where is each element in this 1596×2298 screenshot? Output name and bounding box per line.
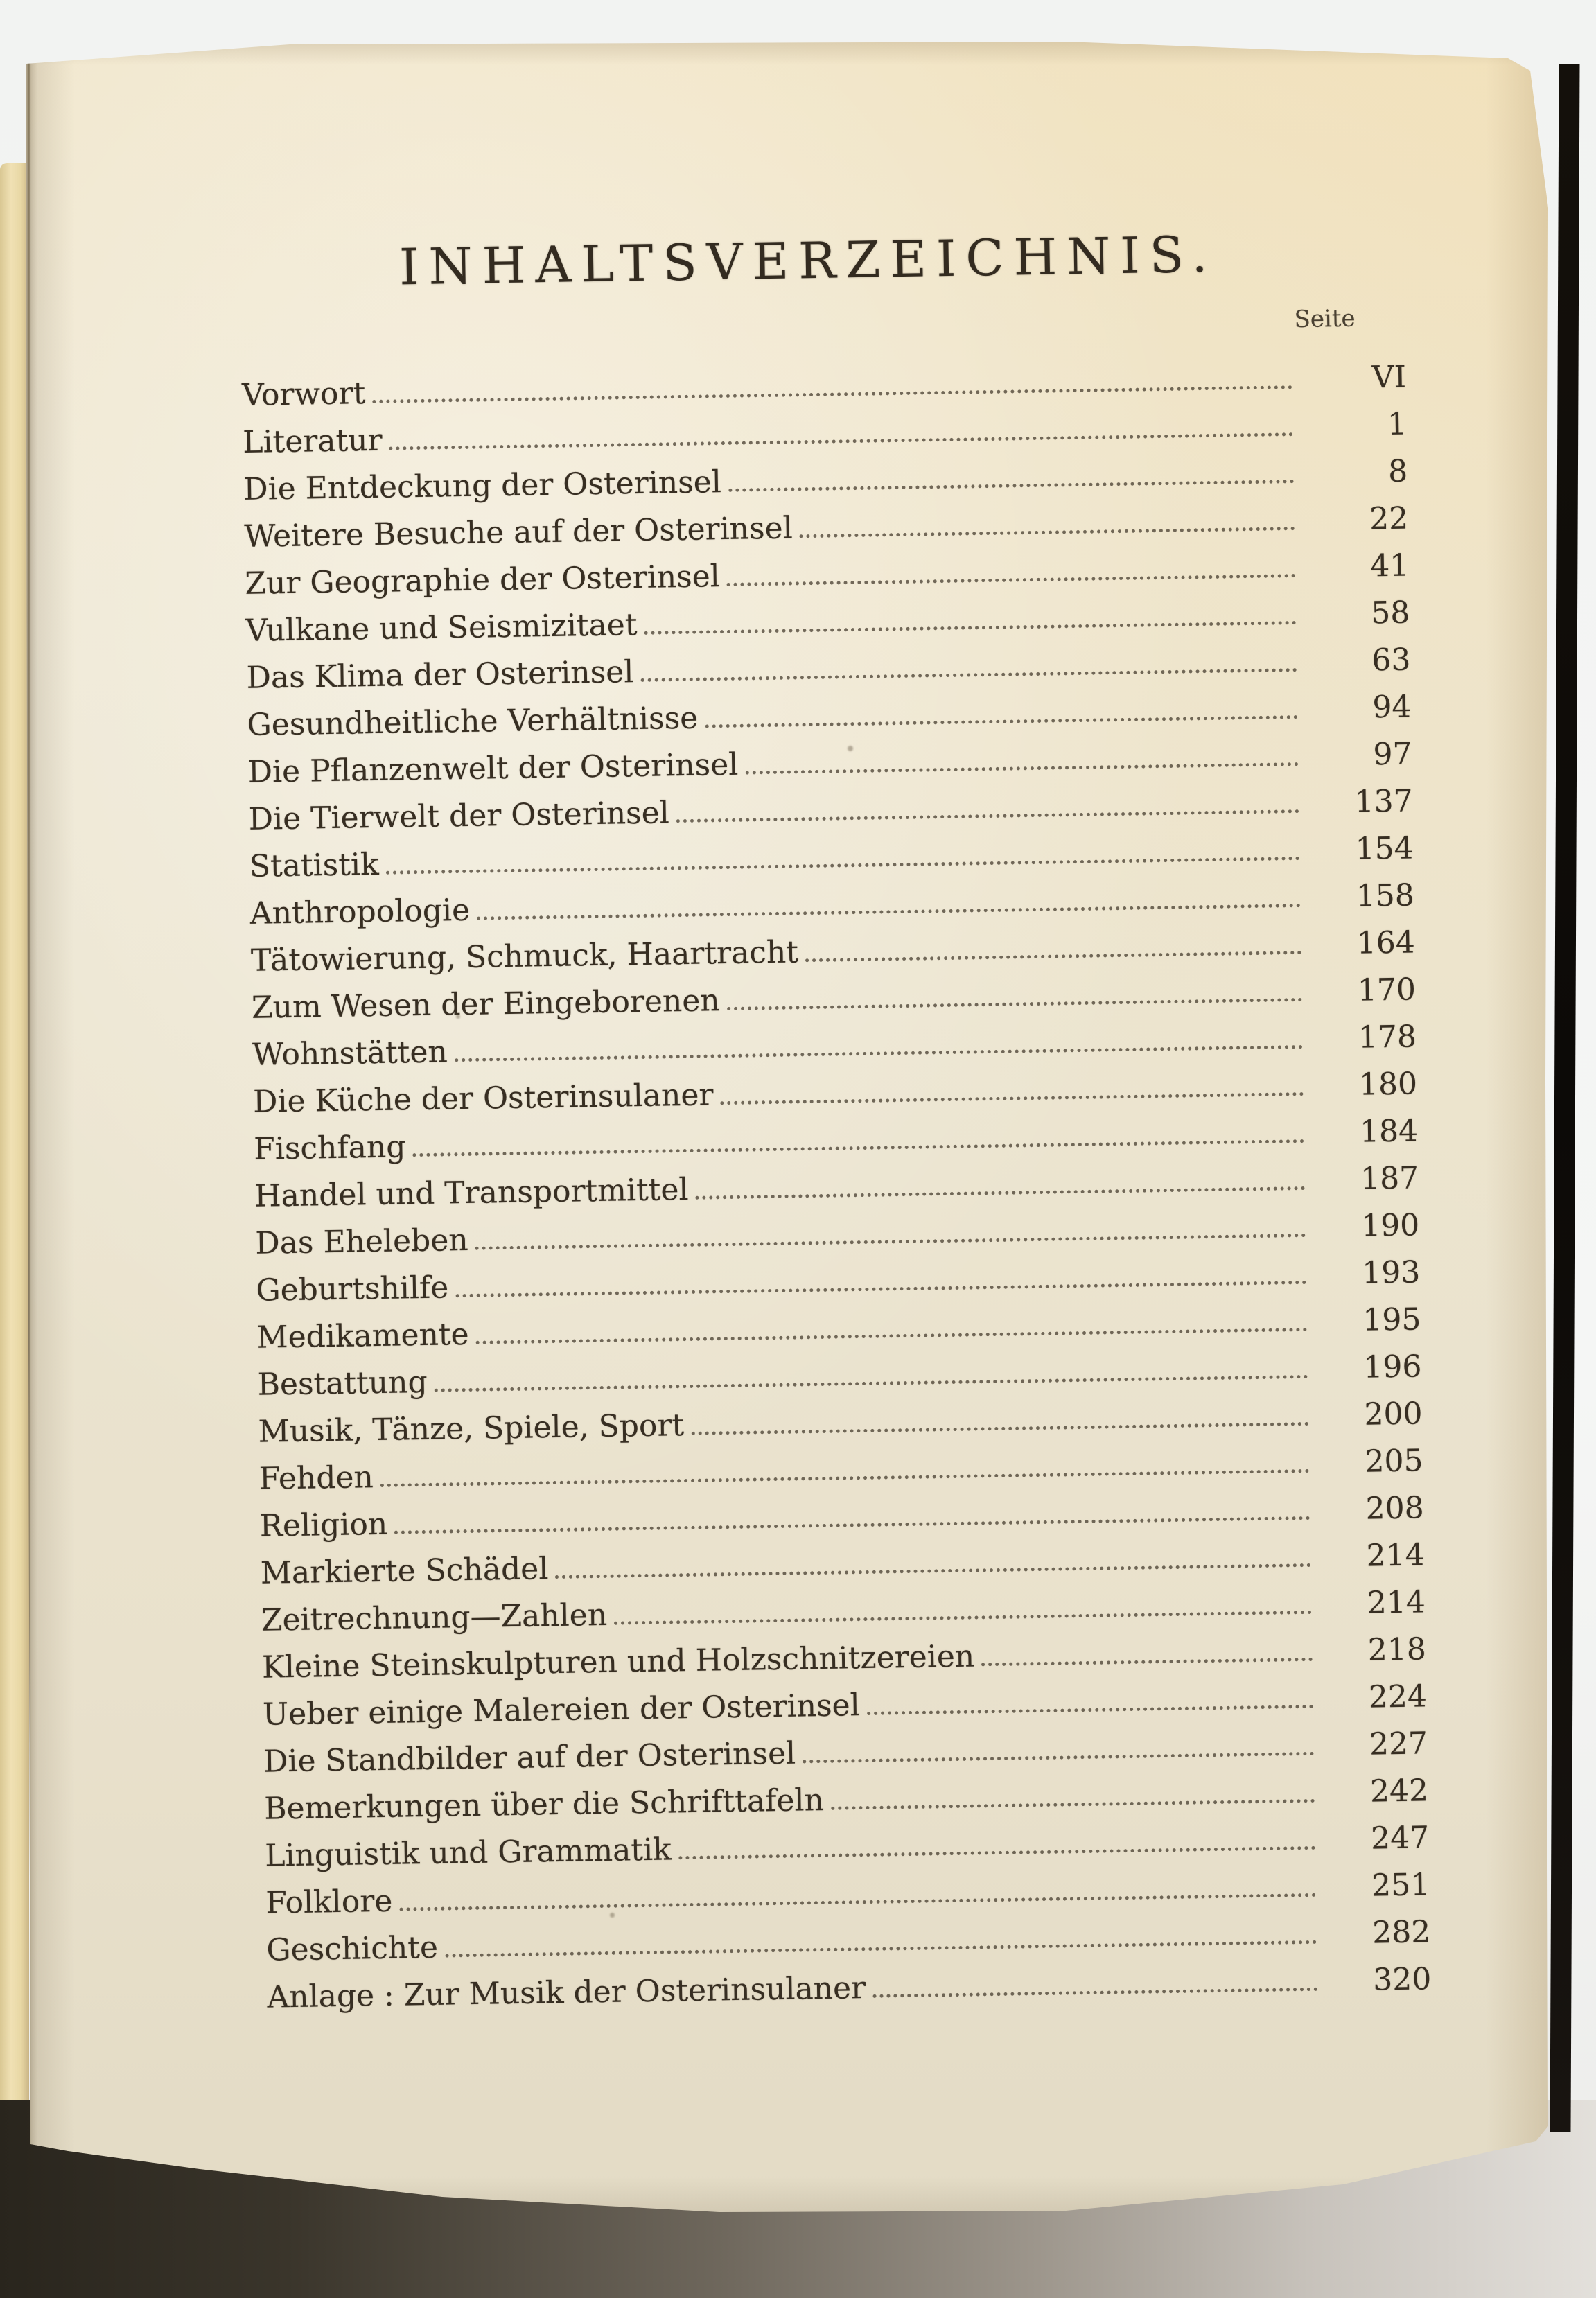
toc-entry-title: Das Klima der Osterinsel [246,654,633,696]
dot-leader [445,1936,1317,1958]
toc-entry-title: Geschichte [266,1930,438,1968]
book-cover-edge [1550,64,1579,2132]
toc-entry-page: 214 [1320,1537,1425,1574]
dot-leader [678,1842,1316,1859]
page-title: INHALTSVERZEICHNIS. [190,222,1427,299]
toc-entry-title: Vulkane und Seismizitaet [245,607,638,649]
toc-entry-page: 224 [1322,1678,1427,1715]
dot-leader [386,852,1300,875]
toc-entry-page: 227 [1324,1726,1428,1762]
toc-entry-title: Anthropologie [250,893,471,931]
toc-entry-title: Die Entdeckung der Osterinsel [243,464,721,507]
toc-entry-page: 320 [1327,1961,1432,1998]
toc-entry-page: 190 [1315,1207,1420,1244]
dot-leader [640,664,1297,682]
dust-speck [848,746,853,751]
toc-entry-title: Zur Geographie der Osterinsel [245,559,720,602]
dot-leader [372,381,1292,403]
toc-entry-title: Fischfang [254,1129,406,1166]
toc-entry-page: 158 [1310,877,1414,914]
dust-speck [456,1015,460,1019]
toc-entry-title: Gesundheitliche Verhältnisse [247,701,698,743]
dot-leader [800,523,1295,538]
toc-entry-page: 242 [1324,1773,1429,1809]
toc-entry-page: 97 [1308,737,1412,773]
toc-entry-title: Musik, Tänze, Spiele, Sport [258,1407,684,1450]
toc-entry-title: Zeitrechnung—Zahlen [261,1597,608,1638]
dot-leader [831,1795,1315,1810]
toc-entry-title: Statistik [249,847,379,884]
toc-entry-page: 208 [1319,1490,1424,1527]
toc-entry-page: 170 [1311,972,1416,1008]
dot-leader [720,1088,1304,1105]
toc-entry-page: 154 [1309,830,1414,867]
book-underpages-edge [0,163,29,2110]
toc-entry-page: 247 [1325,1820,1430,1857]
toc-content: INHALTSVERZEICHNIS. Seite VorwortVI Lite… [186,21,1488,2189]
toc-entry-page: 137 [1308,783,1413,820]
toc-entry-title: Bestattung [257,1365,428,1403]
dot-leader [705,711,1297,728]
dot-leader [805,947,1301,962]
toc-entry-page: 193 [1316,1254,1421,1291]
dot-leader [394,1512,1310,1534]
toc-entry-title: Zum Wesen der Eingeborenen [252,983,720,1026]
toc-entry-page: 184 [1314,1113,1419,1150]
toc-entry-title: Vorwort [242,376,366,413]
dot-leader [745,758,1298,775]
toc-entry-page: 1 [1303,407,1408,444]
toc-entry-title: Handel und Transportmittel [254,1172,689,1214]
dot-leader [380,1465,1310,1487]
toc-entry-title: Die Pflanzenwelt der Osterinsel [247,747,738,790]
dot-leader [455,1277,1306,1297]
dot-leader [435,1371,1308,1392]
dot-leader [644,617,1296,635]
toc-entry-page: 218 [1322,1631,1426,1668]
toc-entry-page: 282 [1326,1914,1431,1951]
toc-entry-title: Die Küche der Osterinsulaner [253,1077,714,1119]
dust-speck [610,1913,615,1918]
toc-entry-page: 22 [1304,501,1409,538]
dot-leader [476,1324,1308,1344]
toc-entry-title: Linguistik und Grammatik [265,1832,672,1873]
toc-entry-title: Das Eheleben [255,1222,468,1261]
toc-entry-title: Die Standbilder auf der Osterinsel [263,1736,796,1780]
toc-entry-page: 187 [1315,1160,1419,1197]
dot-leader [981,1654,1313,1667]
dot-leader [728,475,1294,492]
dot-leader [399,1889,1316,1911]
toc-entry-page: 63 [1306,642,1411,679]
toc-entry-title: Die Tierwelt der Osterinsel [248,795,669,837]
toc-entry-title: Markierte Schädel [260,1551,548,1591]
toc-entry-title: Religion [259,1507,387,1544]
dot-leader [614,1606,1312,1625]
toc-entry-page: 251 [1326,1867,1430,1904]
toc-entry-title: Fehden [258,1459,374,1497]
toc-entry-page: 41 [1305,548,1410,585]
toc-entry-page: 164 [1310,924,1415,961]
toc-entry-page: VI [1302,360,1407,396]
seite-column-header: Seite [191,303,1459,351]
dot-leader [676,805,1299,823]
dot-leader [477,900,1301,920]
toc-entry-page: 178 [1313,1019,1417,1055]
dot-leader [475,1229,1306,1250]
toc-entry-page: 205 [1319,1443,1423,1480]
toc-entry-page: 195 [1317,1301,1421,1338]
toc-entry-page: 8 [1304,454,1408,491]
photo-backdrop: { "page": { "title": "INHALTSVERZEICHNIS… [0,0,1596,2298]
toc-entry-title: Geburtshilfe [256,1270,449,1308]
toc-entry-title: Literatur [243,423,383,460]
toc-entry-title: Medikamente [256,1317,469,1356]
toc-list: VorwortVI Literatur1 Die Entdeckung der … [192,358,1486,2027]
book-page: INHALTSVERZEICHNIS. Seite VorwortVI Lite… [26,42,1548,2219]
toc-entry-title: Folklore [265,1884,393,1921]
toc-entry-page: 200 [1318,1396,1423,1432]
dot-leader [555,1559,1311,1579]
dot-leader [412,1135,1304,1157]
toc-entry-title: Wohnstätten [252,1034,448,1072]
dot-leader [727,570,1296,586]
toc-entry-page: 196 [1317,1349,1422,1385]
toc-entry-page: 214 [1321,1584,1426,1621]
dot-leader [872,1983,1317,1998]
dot-leader [691,1418,1309,1435]
toc-entry-page: 180 [1313,1066,1418,1103]
dot-leader [803,1748,1314,1764]
dot-leader [696,1182,1306,1200]
dot-leader [867,1701,1313,1715]
toc-entry-page: 94 [1307,690,1412,726]
dot-leader [455,1041,1303,1062]
toc-entry-page: 58 [1306,595,1410,632]
dot-leader [389,428,1294,450]
dot-leader [727,994,1302,1010]
